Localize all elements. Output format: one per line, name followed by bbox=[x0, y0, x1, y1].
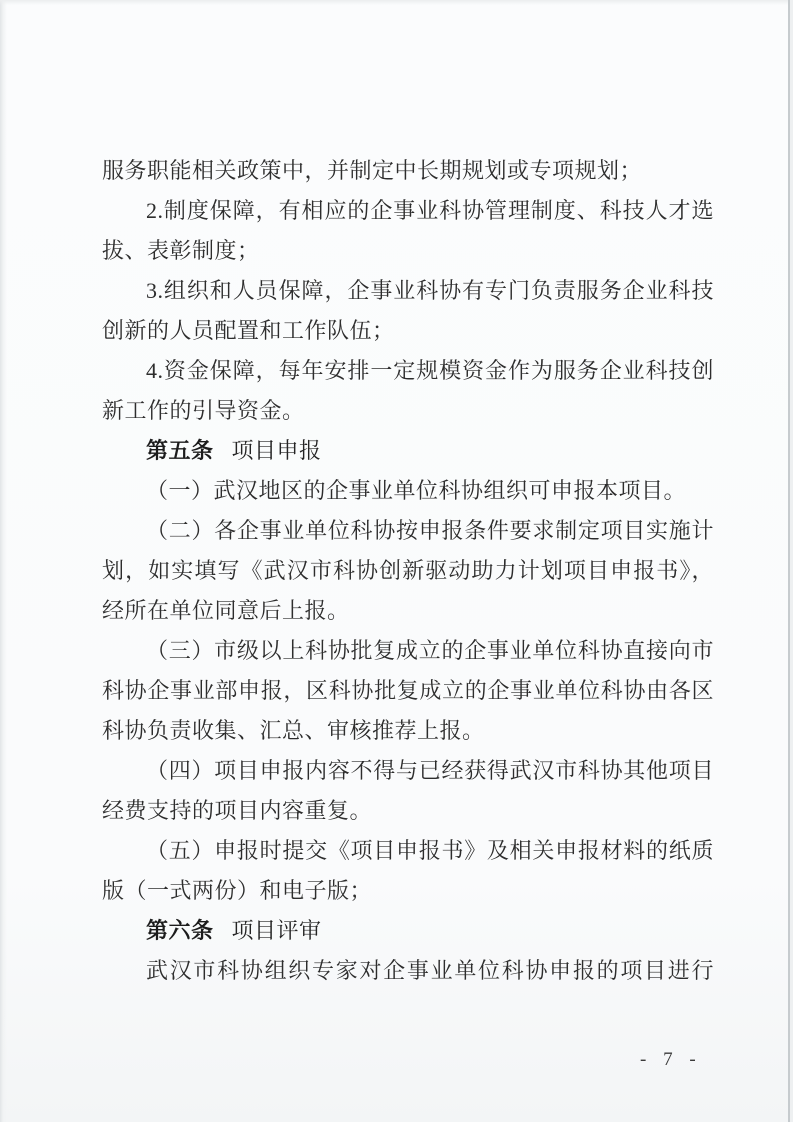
paragraph-clause-5: （五）申报时提交《项目申报书》及相关申报材料的纸质版（一式两份）和电子版； bbox=[102, 831, 714, 911]
page-left-edge-shadow bbox=[0, 0, 7, 1122]
document-body: 服务职能相关政策中，并制定中长期规划或专项规划； 2.制度保障，有相应的企事业科… bbox=[102, 151, 714, 991]
article-title: 项目申报 bbox=[232, 438, 322, 463]
paragraph-item-4: 4.资金保障，每年安排一定规模资金作为服务企业科技创新工作的引导资金。 bbox=[102, 351, 714, 431]
article-number: 第六条 bbox=[146, 918, 214, 943]
page-number: - 7 - bbox=[640, 1049, 699, 1071]
paragraph-clause-1: （一）武汉地区的企事业单位科协组织可申报本项目。 bbox=[102, 471, 714, 511]
article-title: 项目评审 bbox=[232, 918, 322, 943]
paragraph-item-2: 2.制度保障，有相应的企事业科协管理制度、科技人才选拔、表彰制度； bbox=[102, 191, 714, 271]
article-number: 第五条 bbox=[146, 438, 214, 463]
paragraph-last-line: 武汉市科协组织专家对企事业单位科协申报的项目进行 bbox=[102, 951, 714, 991]
paragraph-item-3: 3.组织和人员保障，企事业科协有专门负责服务企业科技创新的人员配置和工作队伍； bbox=[102, 271, 714, 351]
paragraph-clause-2: （二）各企事业单位科协按申报条件要求制定项目实施计划，如实填写《武汉市科协创新驱… bbox=[102, 511, 714, 631]
scanned-document-page: 服务职能相关政策中，并制定中长期规划或专项规划； 2.制度保障，有相应的企事业科… bbox=[0, 0, 793, 1122]
paragraph-clause-3: （三）市级以上科协批复成立的企事业单位科协直接向市科协企事业部申报，区科协批复成… bbox=[102, 631, 714, 751]
paragraph-continuation: 服务职能相关政策中，并制定中长期规划或专项规划； bbox=[102, 151, 714, 191]
page-top-edge-shadow bbox=[0, 0, 793, 5]
article-heading-5: 第五条项目申报 bbox=[102, 431, 714, 471]
article-heading-6: 第六条项目评审 bbox=[102, 911, 714, 951]
paragraph-clause-4: （四）项目申报内容不得与已经获得武汉市科协其他项目经费支持的项目内容重复。 bbox=[102, 751, 714, 831]
